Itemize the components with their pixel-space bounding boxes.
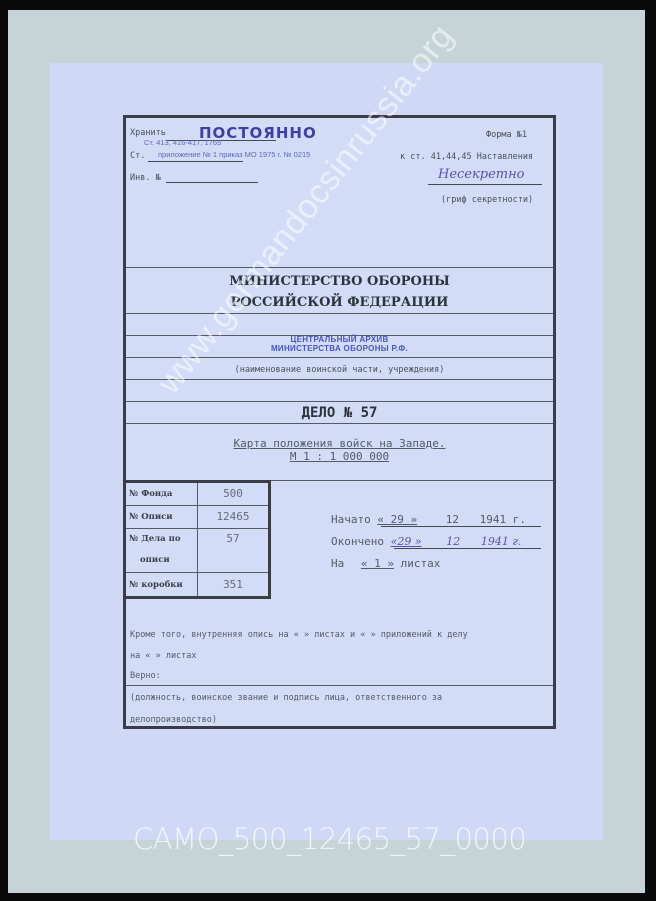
rule [126,313,553,314]
secrecy-caption: (гриф секретности) [441,195,533,205]
rule [126,401,553,402]
row-value: 57 [200,532,266,545]
rule [126,685,553,686]
started-day: « 29 » [377,513,417,526]
row-label-cont: описи [140,555,170,565]
rule [126,267,553,268]
case-title: ДЕЛО № 57 [126,405,553,421]
article-stamp-line1: Ст. 413, 416-417, 1765 [144,138,221,147]
started-year: 1941 г. [480,513,526,526]
responsible-line1: (должность, воинское звание и подпись ли… [130,693,442,703]
sheets-row: На « 1 » листах [331,557,440,570]
image-caption: CAMO_500_12465_57_0000 [133,822,526,856]
article-stamp-line2: приложение № 1 приказ МО 1975 г. № 0215 [158,150,310,159]
sheets-value: « 1 » [361,557,394,570]
verified-label: Верно: [130,671,161,681]
row-value: 12465 [200,510,266,523]
row-value: 351 [200,578,266,591]
ended-underline [394,548,541,549]
case-subject-line2: М 1 : 1 000 000 [126,450,553,463]
secrecy-handwritten: Несекретно [438,167,525,182]
ministry-line2: РОССИЙСКОЙ ФЕДЕРАЦИИ [126,295,553,310]
table-row: № Дела по описи 57 [126,529,268,573]
ended-day: «29 » [391,535,422,548]
row-label: № Фонда [129,489,172,499]
row-label: № Описи [129,512,173,522]
inner-inventory-note-2: на « » листах [130,651,197,661]
inner-inventory-note: Кроме того, внутренняя опись на « » лист… [130,630,468,640]
ended-label: Окончено [331,535,384,548]
started-month: 12 [446,513,459,526]
ended-row: Окончено «29 » 12 1941 г. [331,535,521,548]
keep-label: Хранить [130,128,166,138]
ended-month: 12 [446,535,460,548]
inventory-underline [166,182,258,183]
article-label: Ст. [130,151,145,161]
registry-table: № Фонда 500 № Описи 12465 № Дела по опис… [126,480,271,599]
inventory-label: Инв. № [130,173,161,183]
started-row: Начато « 29 » 12 1941 г. [331,513,526,526]
ministry-line1: МИНИСТЕРСТВО ОБОРОНЫ [126,274,553,289]
rule [126,423,553,424]
started-label: Начато [331,513,371,526]
form-label: Форма №1 [486,130,527,140]
table-row: № Фонда 500 [126,483,268,506]
ended-year: 1941 г. [481,535,522,548]
case-subject-line1: Карта положения войск на Западе. [126,437,553,450]
article-underline [148,161,243,162]
started-underline [381,526,541,527]
form-reference: к ст. 41,44,45 Наставления [400,152,533,162]
secrecy-underline [428,184,542,185]
sheets-label: На [331,557,344,570]
responsible-line2: делопроизводство) [130,715,217,725]
table-row: № Описи 12465 [126,506,268,529]
table-row: № коробки 351 [126,573,268,597]
row-label: № коробки [129,580,183,590]
row-label: № Дела по [129,534,181,544]
row-value: 500 [200,487,266,500]
case-cover-form: Хранить ПОСТОЯННО Ст. 413, 416-417, 1765… [123,115,556,729]
sheets-suffix: листах [401,557,441,570]
